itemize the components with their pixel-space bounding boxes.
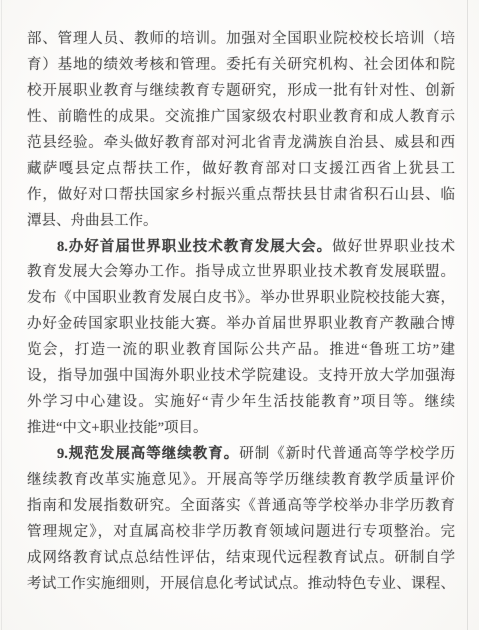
- text-line: 育）基地的绩效考核和管理。委托有关研究机构、社会团体和院: [27, 53, 455, 79]
- text-line: 览会，打造一流的职业教育国际公共产品。推进“鲁班工坊”建: [27, 338, 455, 364]
- text-line: 范县经验。牵头做好教育部对河北省青龙满族自治县、威县和西: [27, 131, 455, 157]
- body-text: 指南和发展指数研究。全面落实《普通高等学校举办非学历教育: [27, 498, 455, 514]
- text-line: 指南和发展指数研究。全面落实《普通高等学校举办非学历教育: [27, 494, 455, 520]
- body-text: 考试工作实施细则，开展信息化考试试点。推动特色专业、课程、: [27, 576, 455, 592]
- body-text: 育）基地的绩效考核和管理。委托有关研究机构、社会团体和院: [27, 57, 455, 73]
- body-text: 范县经验。牵头做好教育部对河北省青龙满族自治县、威县和西: [27, 135, 455, 151]
- text-line: 成网络教育试点总结性评估，结束现代远程教育试点。研制自学: [27, 546, 455, 572]
- text-line: 教育发展大会筹办工作。指导成立世界职业技术教育发展联盟。: [27, 260, 455, 286]
- body-text: 管理规定》，对直属高校非学历教育领域问题进行专项整治。完: [27, 524, 455, 540]
- body-text: 研制《新时代普通高等学校学历: [239, 446, 455, 462]
- document-body: 部、管理人员、教师的培训。加强对全国职业院校校长培训（培育）基地的绩效考核和管理…: [27, 27, 455, 598]
- text-line: 外学习中心建设。实施好“青少年生活技能教育”项目等。继续: [27, 390, 455, 416]
- text-line: 性、前瞻性的成果。交流推广国家级农村职业教育和成人教育示: [27, 105, 455, 131]
- body-text: 发布《中国职业教育发展白皮书》。举办世界职业院校技能大赛，: [27, 290, 455, 306]
- body-text: 藏萨嘎县定点帮扶工作，做好教育部对口支援江西省上犹县工: [27, 161, 455, 177]
- body-text: 成网络教育试点总结性评估，结束现代远程教育试点。研制自学: [27, 550, 455, 566]
- body-text: 部、管理人员、教师的培训。加强对全国职业院校校长培训（培: [27, 31, 455, 47]
- text-line: 作，做好对口帮扶国家乡村振兴重点帮扶县甘肃省积石山县、临: [27, 183, 455, 209]
- text-line: 8.办好首届世界职业技术教育发展大会。做好世界职业技术: [27, 235, 455, 261]
- text-line: 继续教育改革实施意见》。开展高等学历继续教育教学质量评价: [27, 468, 455, 494]
- section-heading-text: 8.办好首届世界职业技术教育发展大会。: [57, 239, 332, 255]
- body-text: 继续教育改革实施意见》。开展高等学历继续教育教学质量评价: [27, 472, 455, 488]
- section-heading-text: 9.规范发展高等继续教育。: [57, 446, 239, 462]
- text-line: 办好金砖国家职业技能大赛。举办首届世界职业教育产教融合博: [27, 312, 455, 338]
- text-line: 推进“中文+职业技能”项目。: [27, 416, 455, 442]
- body-text: 潭县、舟曲县工作。: [27, 213, 158, 229]
- text-line: 发布《中国职业教育发展白皮书》。举办世界职业院校技能大赛，: [27, 286, 455, 312]
- text-line: 部、管理人员、教师的培训。加强对全国职业院校校长培训（培: [27, 27, 455, 53]
- body-text: 设，指导加强中国海外职业技术学院建设。支持开放大学加强海: [27, 368, 455, 384]
- scan-artifact-line-left: [1, 0, 2, 630]
- body-text: 推进“中文+职业技能”项目。: [27, 420, 208, 436]
- scanned-page: 部、管理人员、教师的培训。加强对全国职业院校校长培训（培育）基地的绩效考核和管理…: [0, 0, 479, 630]
- text-line: 藏萨嘎县定点帮扶工作，做好教育部对口支援江西省上犹县工: [27, 157, 455, 183]
- scan-artifact-line-right: [467, 0, 468, 630]
- text-line: 考试工作实施细则，开展信息化考试试点。推动特色专业、课程、: [27, 572, 455, 598]
- body-text: 性、前瞻性的成果。交流推广国家级农村职业教育和成人教育示: [27, 109, 455, 125]
- text-line: 管理规定》，对直属高校非学历教育领域问题进行专项整治。完: [27, 520, 455, 546]
- body-text: 校开展职业教育与继续教育专题研究，形成一批有针对性、创新: [27, 83, 455, 99]
- body-text: 览会，打造一流的职业教育国际公共产品。推进“鲁班工坊”建: [27, 342, 455, 358]
- text-line: 潭县、舟曲县工作。: [27, 209, 455, 235]
- text-line: 校开展职业教育与继续教育专题研究，形成一批有针对性、创新: [27, 79, 455, 105]
- body-text: 教育发展大会筹办工作。指导成立世界职业技术教育发展联盟。: [27, 264, 455, 280]
- body-text: 办好金砖国家职业技能大赛。举办首届世界职业教育产教融合博: [27, 316, 455, 332]
- text-line: 9.规范发展高等继续教育。研制《新时代普通高等学校学历: [27, 442, 455, 468]
- body-text: 外学习中心建设。实施好“青少年生活技能教育”项目等。继续: [27, 394, 455, 410]
- body-text: 做好世界职业技术: [332, 239, 455, 255]
- text-line: 设，指导加强中国海外职业技术学院建设。支持开放大学加强海: [27, 364, 455, 390]
- body-text: 作，做好对口帮扶国家乡村振兴重点帮扶县甘肃省积石山县、临: [27, 187, 455, 203]
